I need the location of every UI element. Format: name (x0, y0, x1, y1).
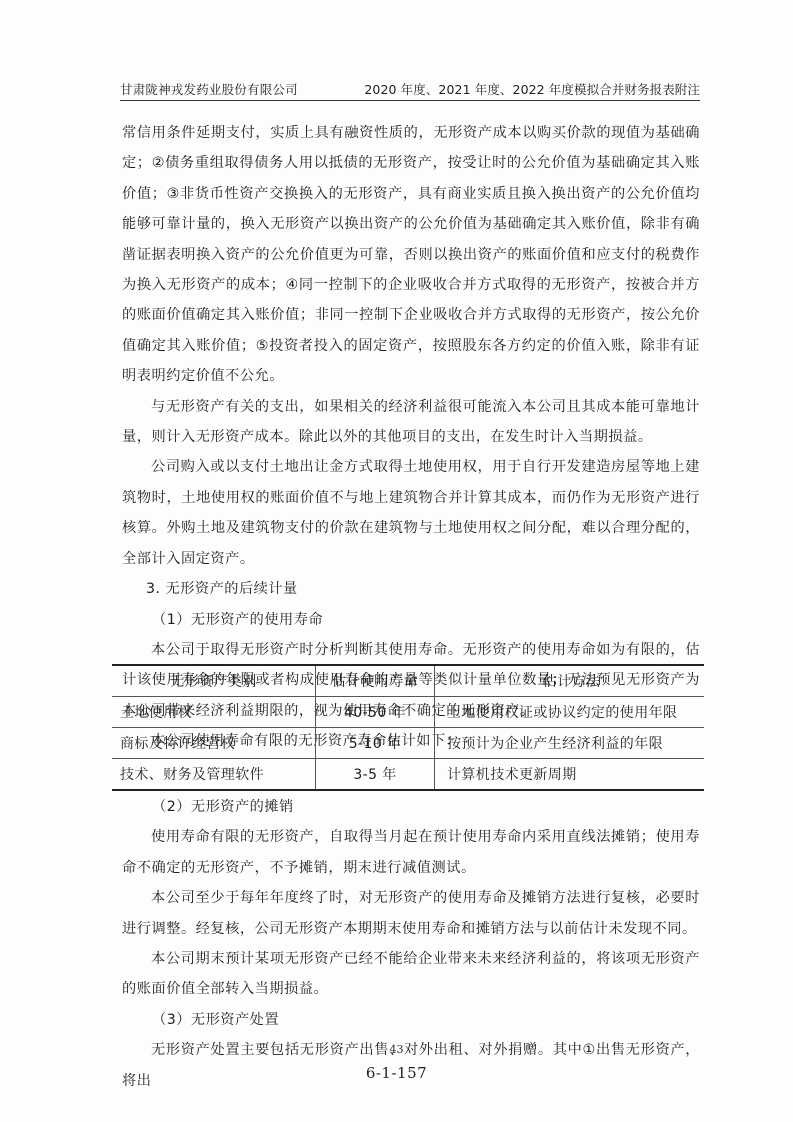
table-header-row: 无形资产类别 估计使用寿命 估计方法 (112, 665, 704, 697)
paragraph-acquisition-cost: 常信用条件延期支付，实质上具有融资性质的，无形资产成本以购买价款的现值为基础确定… (122, 118, 700, 392)
subsection-heading-useful-life: （1）无形资产的使用寿命 (122, 605, 700, 635)
report-title: 2020 年度、2021 年度、2022 年度模拟合并财务报表附注 (364, 80, 700, 98)
section-heading-subsequent-measurement: 3. 无形资产的后续计量 (122, 574, 700, 604)
table-row: 技术、财务及管理软件 3-5 年 计算机技术更新周期 (112, 759, 704, 791)
company-name: 甘肃陇神戎发药业股份有限公司 (120, 80, 298, 98)
cell-category: 商标及特许经营权 (112, 728, 316, 759)
cell-useful-life: 3-5 年 (316, 759, 435, 791)
paragraph-amortization-method: 使用寿命有限的无形资产，自取得当月起在预计使用寿命内采用直线法摊销；使用寿命不确… (122, 822, 700, 883)
column-header-useful-life: 估计使用寿命 (316, 665, 435, 697)
page-number: 43 (0, 1043, 793, 1056)
cell-method: 土地使用权证或协议约定的使用年限 (435, 697, 705, 728)
cell-method: 计算机技术更新周期 (435, 759, 705, 791)
cell-category: 技术、财务及管理软件 (112, 759, 316, 791)
paragraph-land-use-right: 公司购入或以支付土地出让金方式取得土地使用权，用于自行开发建造房屋等地上建筑物时… (122, 452, 700, 574)
page-header: 甘肃陇神戎发药业股份有限公司 2020 年度、2021 年度、2022 年度模拟… (120, 76, 700, 101)
useful-life-table: 无形资产类别 估计使用寿命 估计方法 土地使用权 40-50 年 土地使用权证或… (112, 664, 704, 791)
paragraph-related-expenditure: 与无形资产有关的支出，如果相关的经济利益很可能流入本公司且其成本能可靠地计量，则… (122, 392, 700, 453)
cell-useful-life: 5-10 年 (316, 728, 435, 759)
cell-category: 土地使用权 (112, 697, 316, 728)
cell-useful-life: 40-50 年 (316, 697, 435, 728)
table-row: 商标及特许经营权 5-10 年 按预计为企业产生经济利益的年限 (112, 728, 704, 759)
paragraph-annual-review: 本公司至少于每年年度终了时，对无形资产的使用寿命及摊销方法进行复核，必要时进行调… (122, 883, 700, 944)
paragraph-writeoff: 本公司期末预计某项无形资产已经不能给企业带来未来经济利益的，将该项无形资产的账面… (122, 944, 700, 1005)
body-text-top: 常信用条件延期支付，实质上具有融资性质的，无形资产成本以购买价款的现值为基础确定… (122, 118, 700, 757)
column-header-category: 无形资产类别 (112, 665, 316, 697)
column-header-method: 估计方法 (435, 665, 705, 697)
cell-method: 按预计为企业产生经济利益的年限 (435, 728, 705, 759)
document-code: 6-1-157 (0, 1064, 793, 1082)
subsection-heading-disposal: （3）无形资产处置 (122, 1005, 700, 1035)
table-row: 土地使用权 40-50 年 土地使用权证或协议约定的使用年限 (112, 697, 704, 728)
subsection-heading-amortization: （2）无形资产的摊销 (122, 792, 700, 822)
